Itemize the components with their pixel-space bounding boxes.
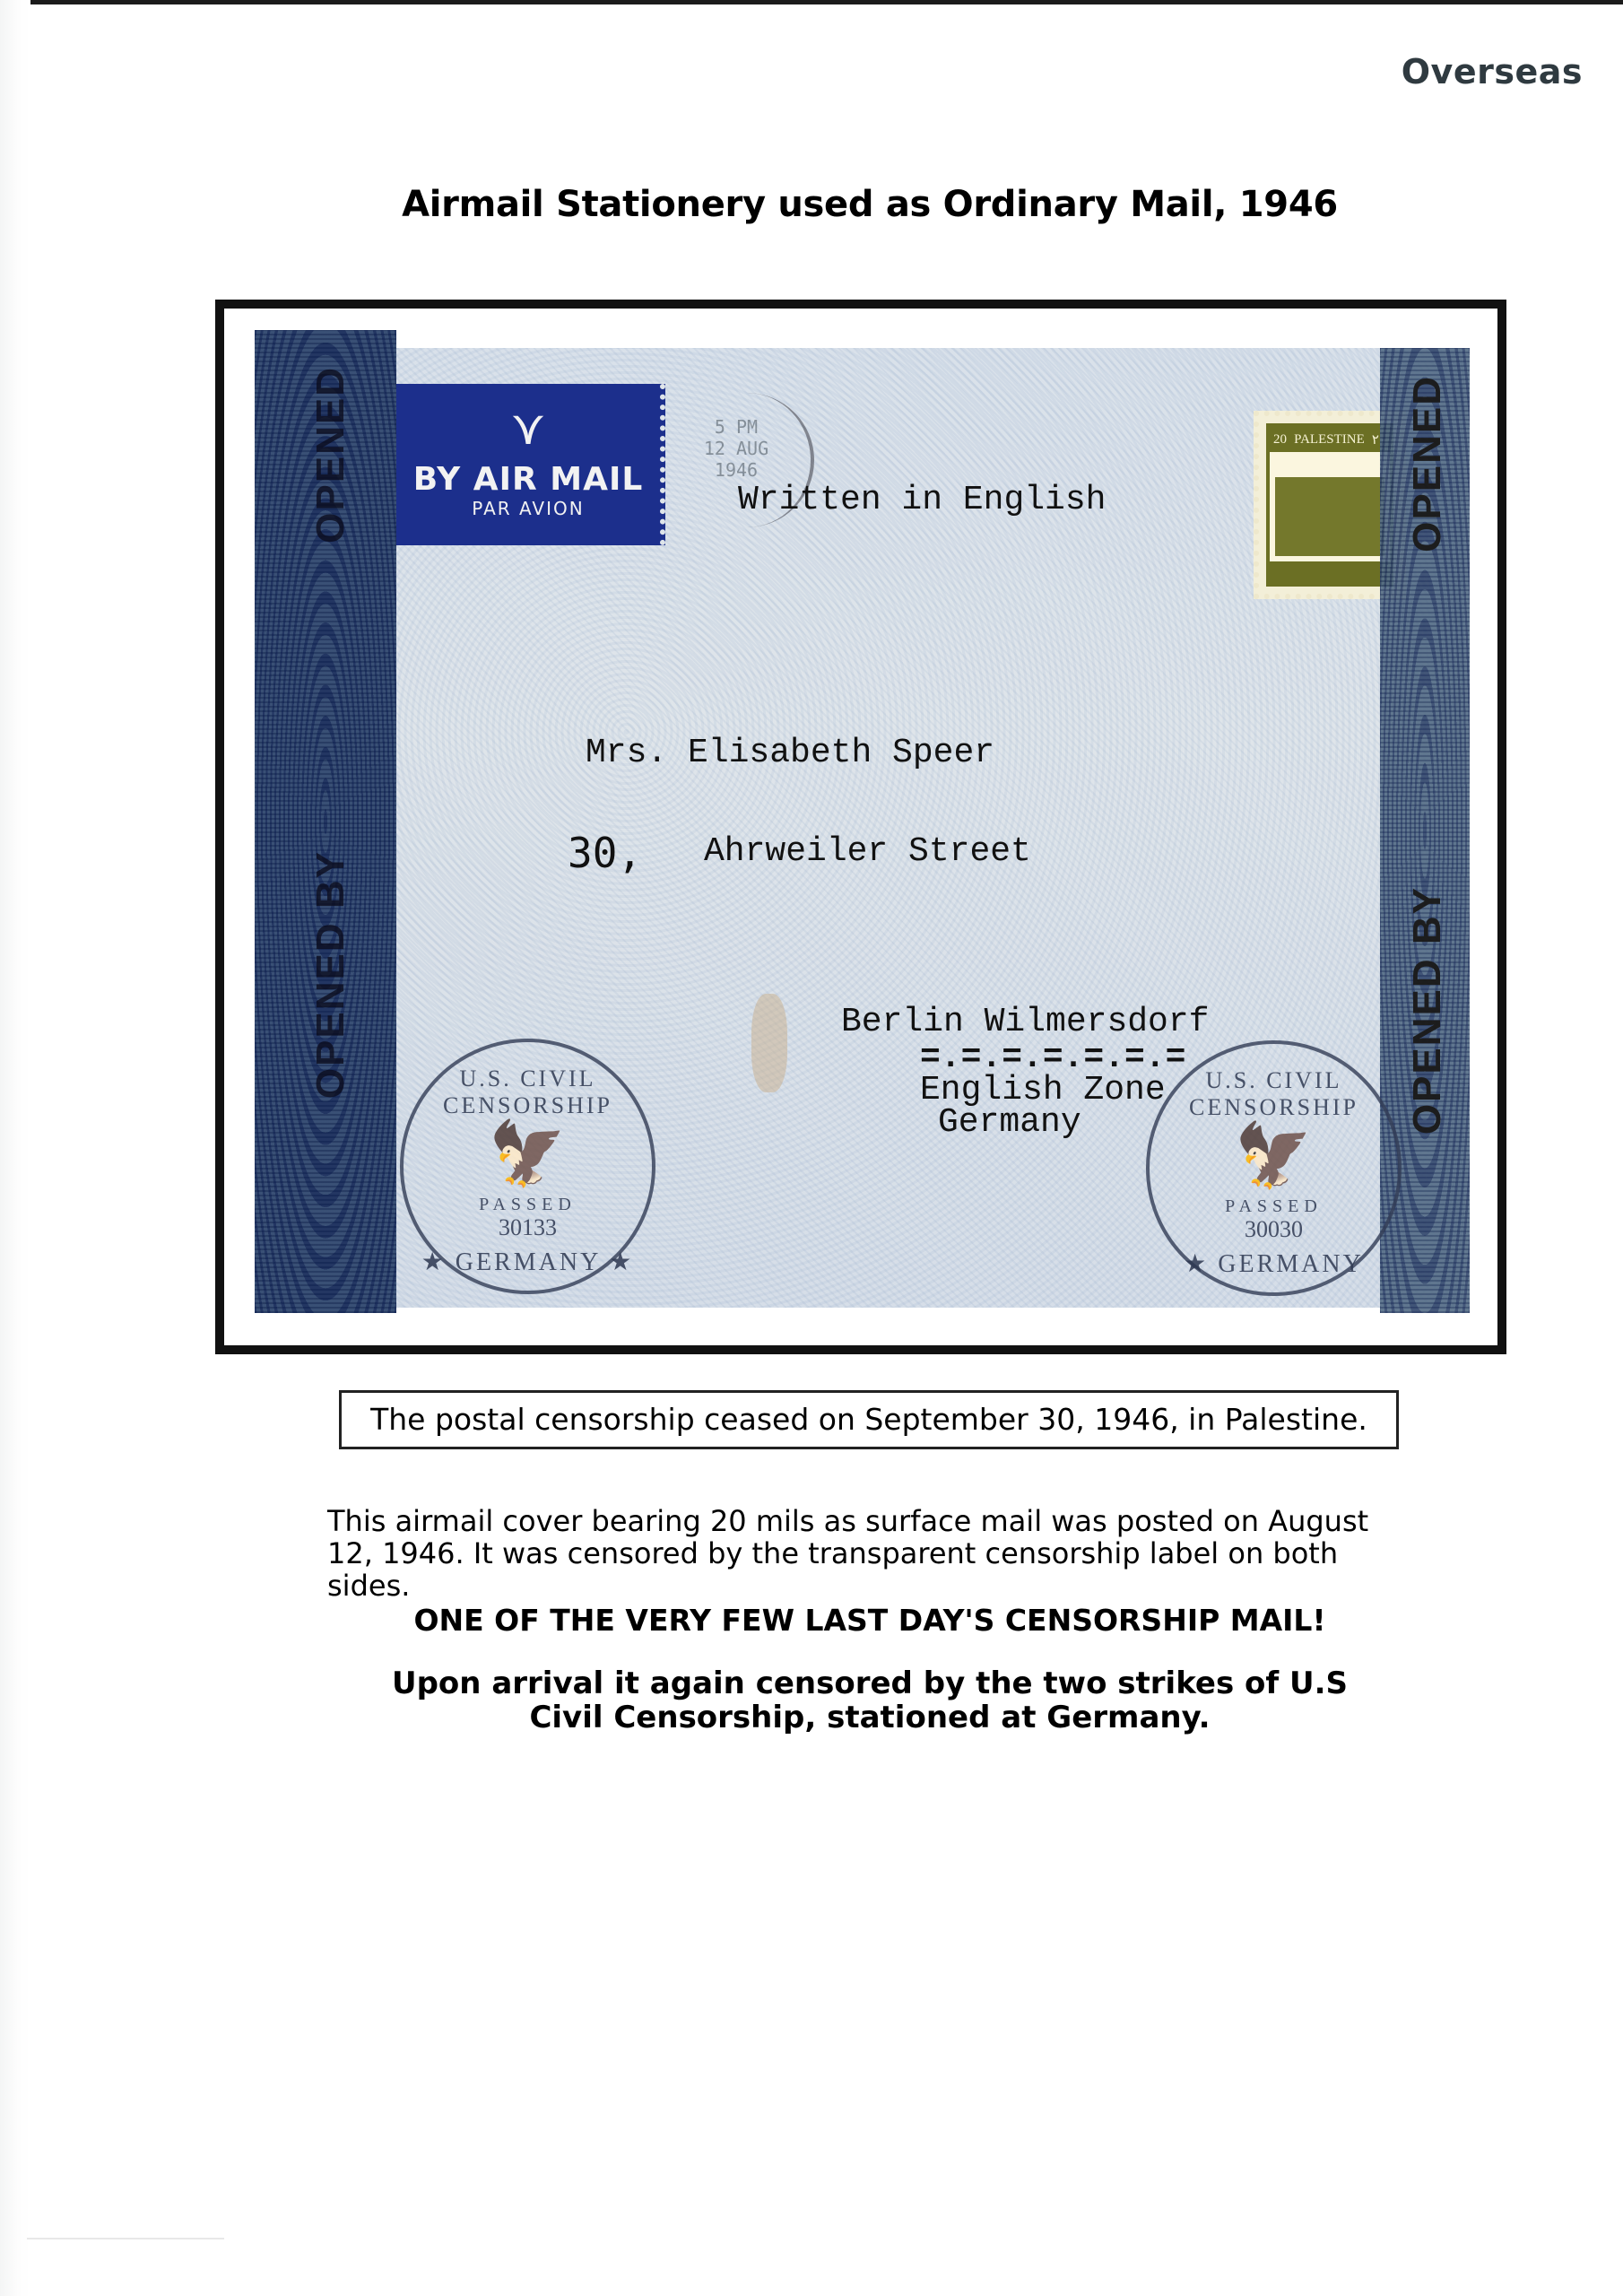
bottom-rule xyxy=(27,2238,224,2239)
censor-tape-text: OPENED xyxy=(1405,375,1450,552)
stamp-value: 20 xyxy=(1273,432,1287,448)
censor-tape-text: OPENED xyxy=(308,366,353,544)
censor-mark-status: PASSED xyxy=(404,1195,652,1215)
censor-mark-bottom: ★ GERMANY ★ xyxy=(404,1247,652,1277)
censor-mark-bottom: ★ GERMANY xyxy=(1150,1248,1398,1279)
censor-mark-top: U.S. CIVIL CENSORSHIP xyxy=(1150,1067,1398,1121)
description-paragraph: This airmail cover bearing 20 mils as su… xyxy=(327,1505,1403,1602)
highlight-note: ONE OF THE VERY FEW LAST DAY'S CENSORSHI… xyxy=(0,1603,1623,1638)
airmail-label-sub: PAR AVION xyxy=(396,498,660,519)
censor-mark-number: 30030 xyxy=(1150,1216,1398,1243)
page-title: Airmail Stationery used as Ordinary Mail… xyxy=(0,184,1623,225)
citadel-icon xyxy=(1275,457,1384,556)
eagle-icon: 🦅 xyxy=(404,1119,652,1191)
stain xyxy=(751,994,787,1092)
airmail-label: ⋎ BY AIR MAIL PAR AVION xyxy=(396,384,665,545)
address-house-number: 30, xyxy=(568,829,642,877)
censor-mark-number: 30133 xyxy=(404,1214,652,1241)
censor-tape-text: OPENED BY xyxy=(308,850,353,1099)
section-label: Overseas xyxy=(1402,52,1583,91)
censor-tape-left: OPENED OPENED BY xyxy=(255,330,396,1313)
address-city: Berlin Wilmersdorf xyxy=(841,1003,1209,1041)
censorship-ceased-note: The postal censorship ceased on Septembe… xyxy=(339,1390,1399,1449)
address-name: Mrs. Elisabeth Speer xyxy=(586,734,994,772)
top-rule xyxy=(0,0,1623,4)
postmark-time: 5 PM xyxy=(662,416,811,438)
airmail-cover: OPENED OPENED BY ⋎ BY AIR MAIL PAR AVION… xyxy=(267,348,1464,1308)
stamp-country: PALESTINE xyxy=(1294,432,1365,448)
closing-note: Upon arrival it again censored by the tw… xyxy=(354,1666,1385,1735)
censor-handstamp-2: U.S. CIVIL CENSORSHIP 🦅 PASSED 30030 ★ G… xyxy=(1146,1040,1402,1296)
postmark-year: 1946 xyxy=(662,459,811,481)
annotation-written-in-english: Written in English xyxy=(738,481,1106,519)
address-country: Germany xyxy=(938,1103,1081,1142)
wings-icon: ⋎ xyxy=(396,384,660,459)
cover-frame: OPENED OPENED BY ⋎ BY AIR MAIL PAR AVION… xyxy=(215,300,1506,1354)
eagle-icon: 🦅 xyxy=(1150,1121,1398,1193)
postmark-date: 12 AUG xyxy=(662,438,811,459)
stamp-bottom-panel xyxy=(1270,561,1390,583)
censor-mark-top: U.S. CIVIL CENSORSHIP xyxy=(404,1065,652,1119)
censor-mark-status: PASSED xyxy=(1150,1196,1398,1217)
page-edge-shadow xyxy=(0,0,30,2296)
censor-tape-text: OPENED BY xyxy=(1405,886,1450,1135)
address-street: Ahrweiler Street xyxy=(704,832,1031,871)
airmail-label-main: BY AIR MAIL xyxy=(396,461,660,498)
censor-handstamp-1: U.S. CIVIL CENSORSHIP 🦅 PASSED 30133 ★ G… xyxy=(400,1039,655,1294)
